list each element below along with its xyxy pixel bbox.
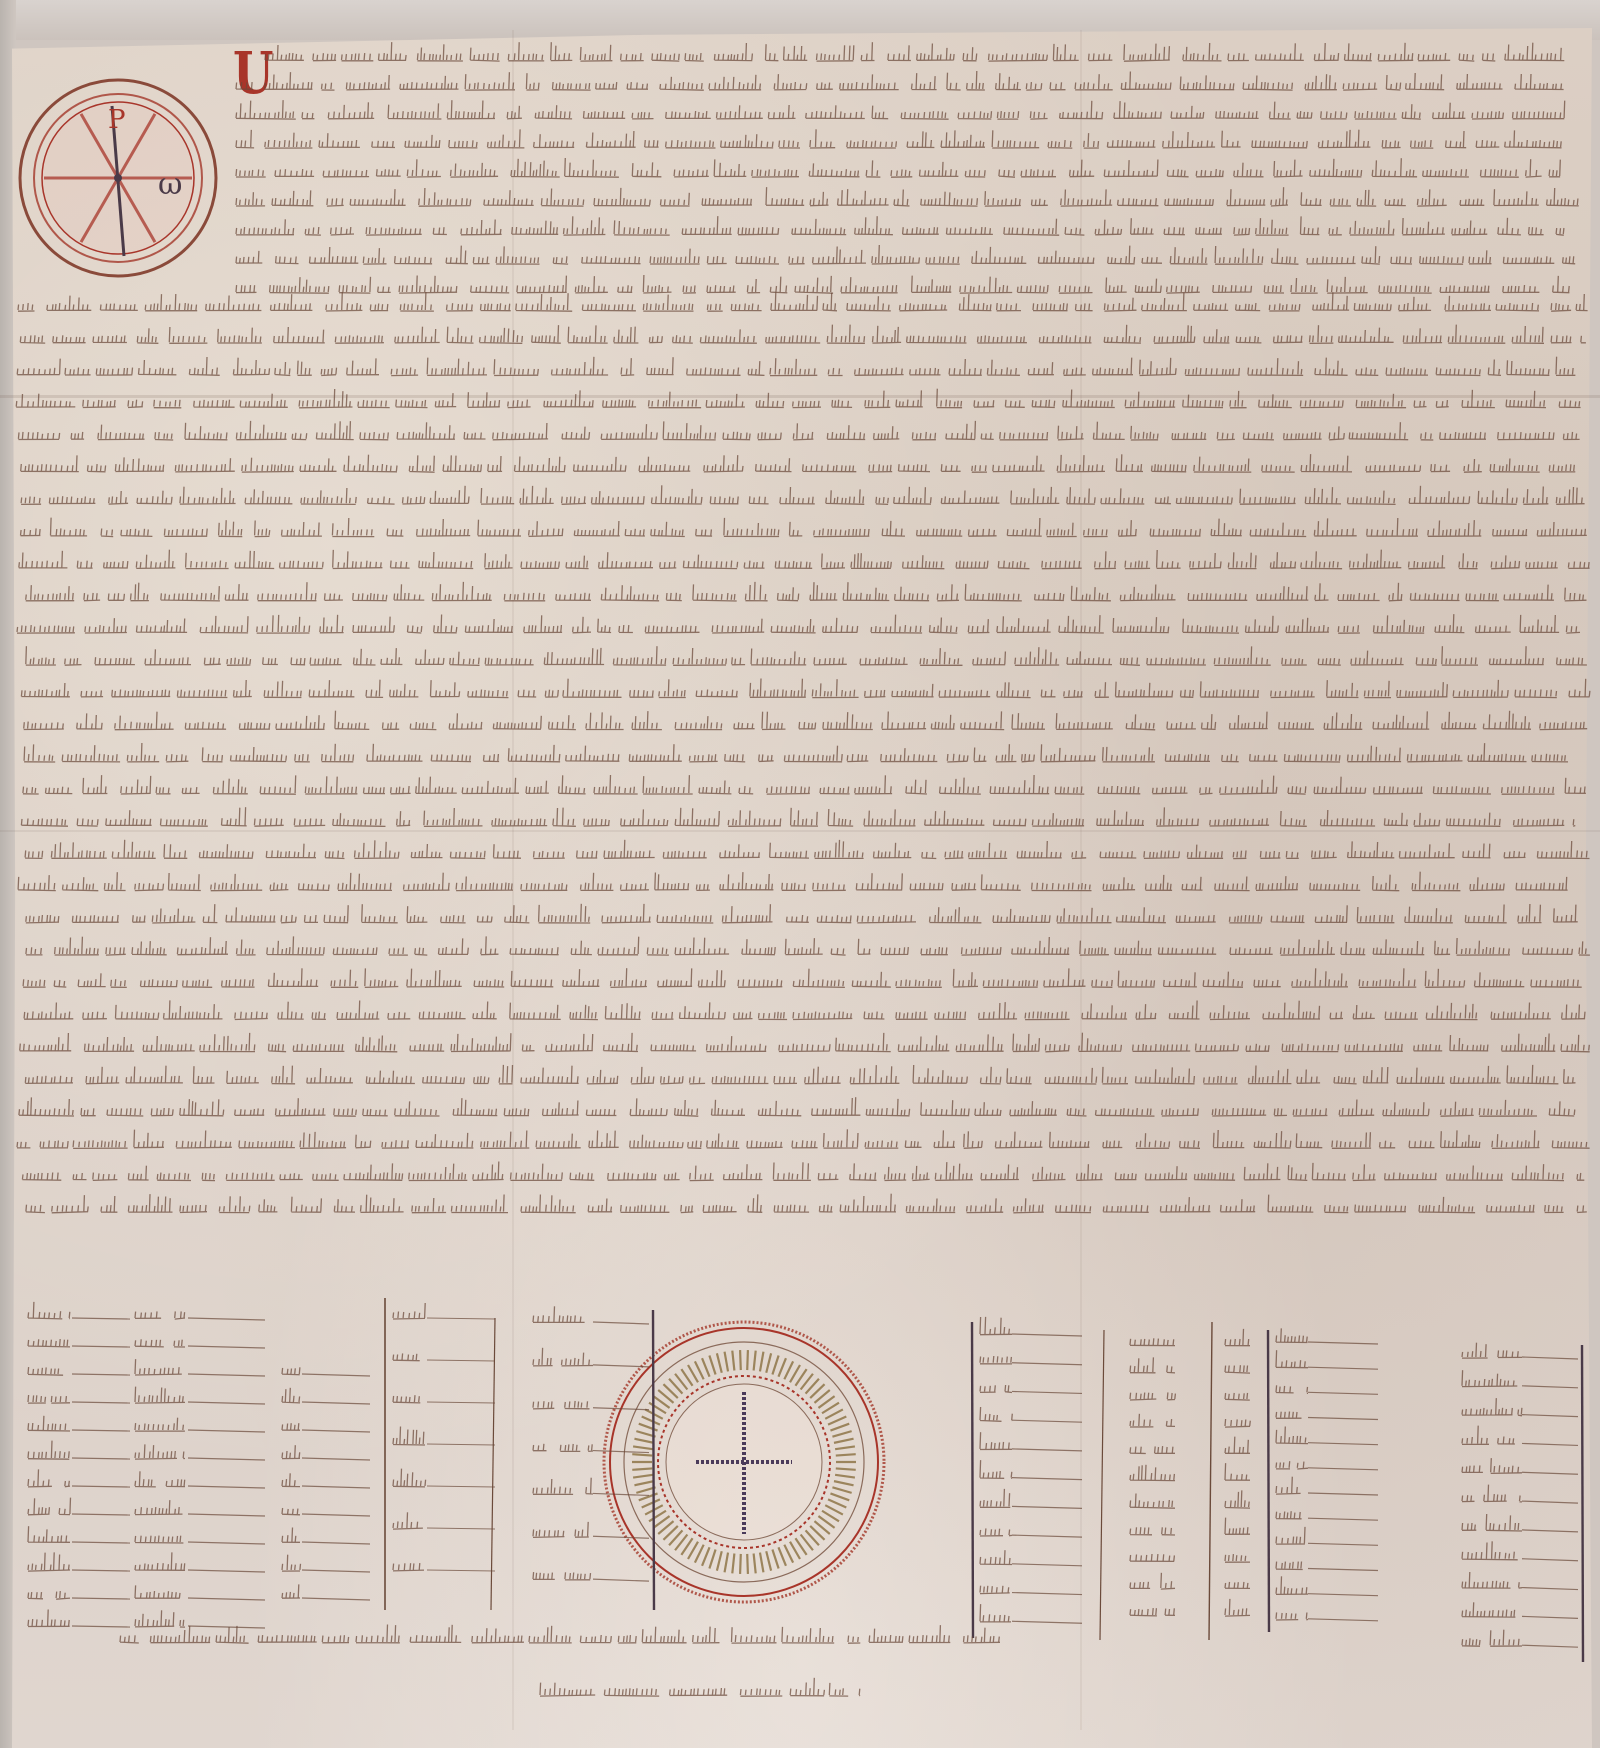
rota-legend-glyph xyxy=(754,1351,756,1371)
right-column-rule xyxy=(1582,1345,1583,1662)
signatory-name xyxy=(1130,1338,1175,1345)
signatory-title xyxy=(282,1388,300,1403)
signatory-dash xyxy=(1012,1535,1082,1537)
rota-legend-glyph xyxy=(835,1446,855,1449)
text-line xyxy=(23,968,1582,987)
signatory-dash xyxy=(1522,1472,1578,1474)
signatory-name xyxy=(1462,1343,1522,1358)
right-middle-column-rule xyxy=(1268,1330,1269,1632)
signatory-name xyxy=(393,1353,420,1360)
signatory-dash xyxy=(302,1374,370,1376)
signatory-dash xyxy=(1522,1645,1578,1647)
rota-legend-glyph xyxy=(725,1352,728,1372)
rota-legend-glyph xyxy=(717,1353,722,1372)
signatory-name xyxy=(1276,1562,1303,1570)
signatory-name xyxy=(533,1478,593,1495)
signatory-dash xyxy=(72,1626,130,1627)
rota-legend-glyph xyxy=(642,1416,660,1424)
signatory-name xyxy=(28,1526,70,1542)
signatory-dash xyxy=(427,1570,495,1571)
rota-legend-glyph xyxy=(784,1361,793,1379)
signatory-dash xyxy=(593,1493,649,1495)
signatory-name xyxy=(980,1604,1011,1622)
rota-legend-glyph xyxy=(772,1355,778,1374)
signatory-dash xyxy=(1012,1420,1082,1422)
text-line xyxy=(21,807,1575,826)
signatory-name xyxy=(533,1306,585,1322)
signatory-dash xyxy=(188,1626,265,1628)
rota-legend-glyph xyxy=(633,1446,653,1449)
signatory-name xyxy=(1462,1630,1522,1647)
signatory-name xyxy=(1276,1385,1308,1393)
column-rule xyxy=(1100,1330,1104,1640)
rota-legend-glyph xyxy=(760,1352,763,1372)
signatory-dash xyxy=(1012,1621,1082,1623)
signatory-dash xyxy=(1522,1443,1578,1445)
rota-legend-glyph xyxy=(632,1454,652,1455)
signatory-dash xyxy=(302,1486,370,1488)
signatory-dash xyxy=(427,1318,495,1319)
signatory-dash xyxy=(72,1514,130,1515)
text-line xyxy=(236,187,1579,206)
signatory-name xyxy=(393,1512,423,1529)
chrismon-omega: ω xyxy=(158,167,182,202)
rota-legend-glyph xyxy=(642,1499,660,1507)
text-line xyxy=(26,904,1578,923)
signatory-dash xyxy=(1308,1468,1378,1470)
signatory-dash xyxy=(302,1598,370,1600)
signatory-name xyxy=(1462,1602,1515,1617)
signatory-name xyxy=(980,1586,1010,1594)
rota-legend-glyph xyxy=(747,1554,748,1574)
signatory-dash xyxy=(72,1430,130,1431)
signatory-name xyxy=(1462,1572,1522,1588)
text-line xyxy=(26,1194,1587,1213)
rota-legend-glyph xyxy=(709,1355,715,1374)
signatory-name xyxy=(980,1528,1012,1536)
center-left-column-rule xyxy=(653,1310,654,1610)
signatory-name xyxy=(135,1610,185,1627)
signatory-title xyxy=(1225,1463,1250,1480)
signatory-name xyxy=(533,1444,593,1452)
signatory-dash xyxy=(72,1542,130,1543)
signatory-name xyxy=(1462,1514,1522,1531)
signatory-title xyxy=(1225,1365,1250,1373)
signatory-name xyxy=(980,1356,1012,1364)
signatory-dash xyxy=(1522,1386,1578,1388)
signatory-dash xyxy=(188,1542,265,1544)
rota-legend-glyph xyxy=(747,1350,748,1370)
signatory-name xyxy=(1276,1612,1308,1620)
signatory-title xyxy=(282,1508,300,1515)
rota-legend-glyph xyxy=(828,1416,846,1424)
chrismon-center xyxy=(114,174,122,182)
signatory-dash xyxy=(427,1360,495,1361)
signatory-name xyxy=(1130,1608,1175,1616)
text-line xyxy=(25,1065,1575,1084)
signatory-dash xyxy=(1308,1392,1378,1394)
signatory-name xyxy=(980,1460,1012,1478)
signatory-name xyxy=(533,1401,590,1409)
rota-legend-glyph xyxy=(828,1499,846,1507)
text-line xyxy=(236,245,1575,264)
signatory-name xyxy=(393,1427,425,1446)
signatory-dash xyxy=(188,1430,265,1432)
signatory-dash xyxy=(1308,1493,1378,1495)
signatory-dash xyxy=(1012,1478,1082,1480)
rota-legend-glyph xyxy=(834,1481,854,1485)
signatory-dash xyxy=(72,1458,130,1459)
signatory-name xyxy=(533,1522,589,1538)
signatory-dash xyxy=(302,1402,370,1404)
signatory-name xyxy=(28,1552,70,1571)
signatory-dash xyxy=(302,1542,370,1544)
signatory-name xyxy=(1130,1554,1174,1561)
text-line xyxy=(23,775,1586,794)
signatory-dash xyxy=(593,1536,649,1538)
signatory-dash xyxy=(188,1598,265,1600)
rota-legend-glyph xyxy=(725,1553,728,1573)
signatory-name xyxy=(135,1471,185,1487)
text-line xyxy=(18,292,1588,311)
rota-legend-glyph xyxy=(695,1361,704,1379)
signatory-dash xyxy=(1522,1588,1578,1590)
text-line xyxy=(265,42,1564,61)
signatory-box-rule xyxy=(491,1318,495,1610)
signatory-name xyxy=(1276,1461,1308,1469)
signatory-name xyxy=(135,1359,182,1375)
signatory-dash xyxy=(188,1374,265,1376)
rota-legend-glyph xyxy=(830,1493,849,1500)
rota-legend-glyph xyxy=(695,1545,704,1563)
signatory-title xyxy=(1225,1554,1250,1562)
signatory-name xyxy=(1462,1485,1522,1502)
signatory-dash xyxy=(427,1444,495,1445)
signatory-name xyxy=(1276,1511,1302,1519)
manuscript-artwork: ωP xyxy=(0,0,1600,1748)
signatory-title xyxy=(1225,1393,1250,1400)
text-line xyxy=(24,711,1588,730)
center-right-column-rule xyxy=(972,1322,973,1638)
text-line xyxy=(20,1033,1590,1052)
signatory-dash xyxy=(1522,1530,1578,1532)
signatory-dash xyxy=(1012,1334,1082,1336)
signatory-name xyxy=(1130,1527,1175,1535)
text-line xyxy=(22,1162,1584,1181)
signatory-title xyxy=(1225,1419,1250,1427)
rota-legend-glyph xyxy=(830,1424,849,1431)
signatory-dash xyxy=(302,1458,370,1460)
rota-legend-glyph xyxy=(632,1468,652,1469)
rota-legend-glyph xyxy=(778,1547,785,1566)
signatory-name xyxy=(1276,1527,1305,1544)
signatory-name xyxy=(980,1432,1012,1449)
signatory-name xyxy=(1130,1446,1175,1453)
text-line xyxy=(236,275,1569,293)
signatory-name xyxy=(980,1385,1012,1393)
signatory-dash xyxy=(1308,1443,1378,1445)
signatory-name xyxy=(135,1536,183,1543)
signatory-name xyxy=(135,1339,185,1347)
signatory-dash xyxy=(72,1318,130,1319)
signatory-name xyxy=(1130,1573,1175,1589)
text-line xyxy=(18,421,1579,440)
text-line xyxy=(24,1000,1585,1019)
signatory-dash xyxy=(1308,1342,1378,1344)
rota-legend-glyph xyxy=(634,1439,654,1443)
signatory-dash xyxy=(302,1514,370,1516)
rota-legend-glyph xyxy=(634,1481,654,1485)
signatory-name xyxy=(1276,1576,1308,1594)
rota-legend-glyph xyxy=(836,1454,856,1455)
rota-legend-glyph xyxy=(766,1551,771,1570)
signatory-dash xyxy=(188,1458,265,1460)
text-line xyxy=(236,129,1562,148)
signatory-dash xyxy=(1308,1418,1378,1420)
signatory-name xyxy=(135,1444,185,1459)
text-line xyxy=(21,679,1590,698)
signatory-name xyxy=(1130,1494,1175,1509)
text-line xyxy=(24,743,1568,762)
signatory-name xyxy=(1130,1357,1175,1373)
text-line xyxy=(19,550,1590,569)
signatory-dash xyxy=(427,1528,495,1529)
signatory-title xyxy=(282,1584,300,1598)
rota-legend-glyph xyxy=(717,1551,722,1570)
signatory-title xyxy=(282,1555,301,1571)
text-line xyxy=(17,357,1575,376)
signatory-title xyxy=(1225,1599,1250,1616)
text-line xyxy=(17,614,1580,633)
signatory-dash xyxy=(1012,1363,1082,1365)
signatory-dash xyxy=(72,1570,130,1571)
signatory-dash xyxy=(1522,1415,1578,1417)
signatory-dash xyxy=(72,1402,130,1403)
signatory-name xyxy=(28,1367,63,1375)
rota-legend-glyph xyxy=(766,1353,771,1372)
signatory-name xyxy=(980,1550,1012,1564)
signatory-name xyxy=(135,1552,185,1570)
signatory-name xyxy=(1130,1414,1175,1427)
signatory-dash xyxy=(1522,1501,1578,1503)
text-line xyxy=(17,1129,1590,1148)
signatory-dash xyxy=(593,1451,649,1453)
signatory-name xyxy=(533,1572,591,1580)
text-line xyxy=(19,1097,1575,1116)
chrismon-rho: P xyxy=(108,105,126,135)
text-line xyxy=(236,71,1564,90)
signatory-name xyxy=(1462,1370,1517,1386)
signatory-dash xyxy=(188,1318,265,1320)
signatory-dash xyxy=(72,1598,130,1599)
signatory-name xyxy=(28,1339,70,1347)
rota-legend-glyph xyxy=(754,1553,756,1573)
signatory-name xyxy=(28,1498,71,1515)
signatory-title xyxy=(1225,1490,1250,1508)
signatory-dash xyxy=(188,1486,265,1488)
text-line xyxy=(18,872,1568,891)
signatory-name xyxy=(1276,1477,1301,1494)
text-line xyxy=(236,216,1564,235)
rota-legend-glyph xyxy=(832,1431,851,1437)
text-line xyxy=(21,485,1585,504)
signatory-dash xyxy=(1012,1449,1082,1451)
text-line xyxy=(26,936,1590,955)
signatory-dash xyxy=(188,1514,265,1516)
signatory-name xyxy=(1130,1465,1175,1481)
signatory-name xyxy=(1276,1412,1302,1419)
signatory-dash xyxy=(1012,1506,1082,1508)
signatory-dash xyxy=(72,1346,130,1347)
signatory-name xyxy=(1462,1426,1515,1445)
signatory-name xyxy=(393,1303,425,1319)
signatory-dash xyxy=(1522,1616,1578,1618)
signatory-name xyxy=(135,1387,185,1404)
signatory-dash xyxy=(72,1486,130,1487)
signatory-name xyxy=(135,1418,185,1431)
rota-legend-glyph xyxy=(784,1545,793,1563)
signatory-dash xyxy=(1308,1619,1378,1621)
signatory-dash xyxy=(302,1430,370,1432)
signatory-name xyxy=(980,1317,1012,1335)
signatory-dash xyxy=(427,1402,495,1403)
signatory-name xyxy=(28,1610,70,1627)
text-line xyxy=(21,518,1587,537)
signatory-name xyxy=(135,1500,183,1515)
signatory-dash xyxy=(427,1486,495,1487)
rota-legend-glyph xyxy=(702,1358,709,1377)
signatory-dash xyxy=(188,1402,265,1404)
signatory-dash xyxy=(593,1322,649,1324)
text-line xyxy=(26,646,1587,665)
rota-legend-glyph xyxy=(709,1549,715,1568)
signatory-title xyxy=(282,1367,300,1374)
signatory-name xyxy=(1276,1350,1308,1368)
signatory-title xyxy=(1225,1329,1250,1346)
text-line xyxy=(236,100,1565,119)
signatory-title xyxy=(282,1445,300,1458)
signatory-name xyxy=(1462,1541,1518,1560)
signatory-dash xyxy=(1308,1518,1378,1520)
rota-legend-glyph xyxy=(639,1424,658,1431)
text-line xyxy=(236,158,1560,177)
signatory-name xyxy=(28,1441,69,1460)
rota-legend-glyph xyxy=(834,1439,854,1443)
signatory-dash xyxy=(1012,1391,1082,1393)
text-line xyxy=(16,389,1580,408)
signatory-name xyxy=(1276,1328,1308,1342)
rota-legend-glyph xyxy=(836,1468,856,1469)
signatory-dash xyxy=(188,1346,265,1348)
signatory-name xyxy=(28,1469,70,1487)
signatory-name xyxy=(28,1591,70,1599)
signatory-dash xyxy=(72,1374,130,1375)
column-rule xyxy=(1209,1322,1212,1640)
signatory-name xyxy=(135,1585,180,1598)
rota-legend-glyph xyxy=(732,1553,734,1573)
signatory-dash xyxy=(593,1579,649,1581)
signatory-name xyxy=(393,1563,424,1571)
signatory-name xyxy=(1130,1392,1175,1400)
signatory-dash xyxy=(1012,1564,1082,1566)
signatory-name xyxy=(533,1348,593,1366)
signatory-title xyxy=(282,1528,300,1543)
signatory-dash xyxy=(1308,1367,1378,1369)
signatory-name xyxy=(393,1469,426,1487)
rota-legend-glyph xyxy=(772,1549,778,1568)
rota-legend-glyph xyxy=(732,1351,734,1371)
text-line xyxy=(21,454,1576,472)
signatory-name xyxy=(135,1311,185,1319)
signatory-name xyxy=(1462,1398,1522,1416)
signatory-name xyxy=(28,1302,70,1319)
rota-legend-glyph xyxy=(832,1487,851,1493)
signatory-name xyxy=(980,1489,1010,1508)
text-line xyxy=(26,582,1587,601)
signatory-dash xyxy=(1012,1593,1082,1595)
rota-legend-glyph xyxy=(778,1358,785,1377)
signatory-dash xyxy=(1522,1559,1578,1561)
rota-legend-glyph xyxy=(740,1350,741,1370)
signatory-dash xyxy=(1308,1594,1378,1596)
footer-text-line xyxy=(540,1678,860,1696)
text-line xyxy=(20,325,1586,344)
rota-legend-glyph xyxy=(633,1475,653,1478)
signatory-title xyxy=(282,1423,300,1430)
signatory-title xyxy=(1225,1437,1250,1454)
signatory-name xyxy=(28,1416,70,1431)
signatory-title xyxy=(1225,1518,1250,1535)
rota-legend-glyph xyxy=(740,1554,741,1574)
signatory-name xyxy=(980,1407,1012,1421)
signatory-title xyxy=(282,1473,300,1486)
signatory-dash xyxy=(1308,1569,1378,1571)
signatory-name xyxy=(393,1395,420,1403)
signatory-name xyxy=(1462,1458,1522,1473)
signatory-dash xyxy=(1308,1543,1378,1545)
signatory-title xyxy=(1225,1582,1250,1589)
signatory-name xyxy=(1276,1427,1308,1444)
signatory-dash xyxy=(188,1570,265,1572)
rota-legend-glyph xyxy=(760,1553,763,1573)
signatory-name xyxy=(28,1395,70,1403)
rota-legend-glyph xyxy=(702,1547,709,1566)
rota-legend-glyph xyxy=(835,1475,855,1478)
signatory-dash xyxy=(1522,1357,1578,1359)
signatory-dash xyxy=(302,1570,370,1572)
text-line xyxy=(25,840,1589,859)
